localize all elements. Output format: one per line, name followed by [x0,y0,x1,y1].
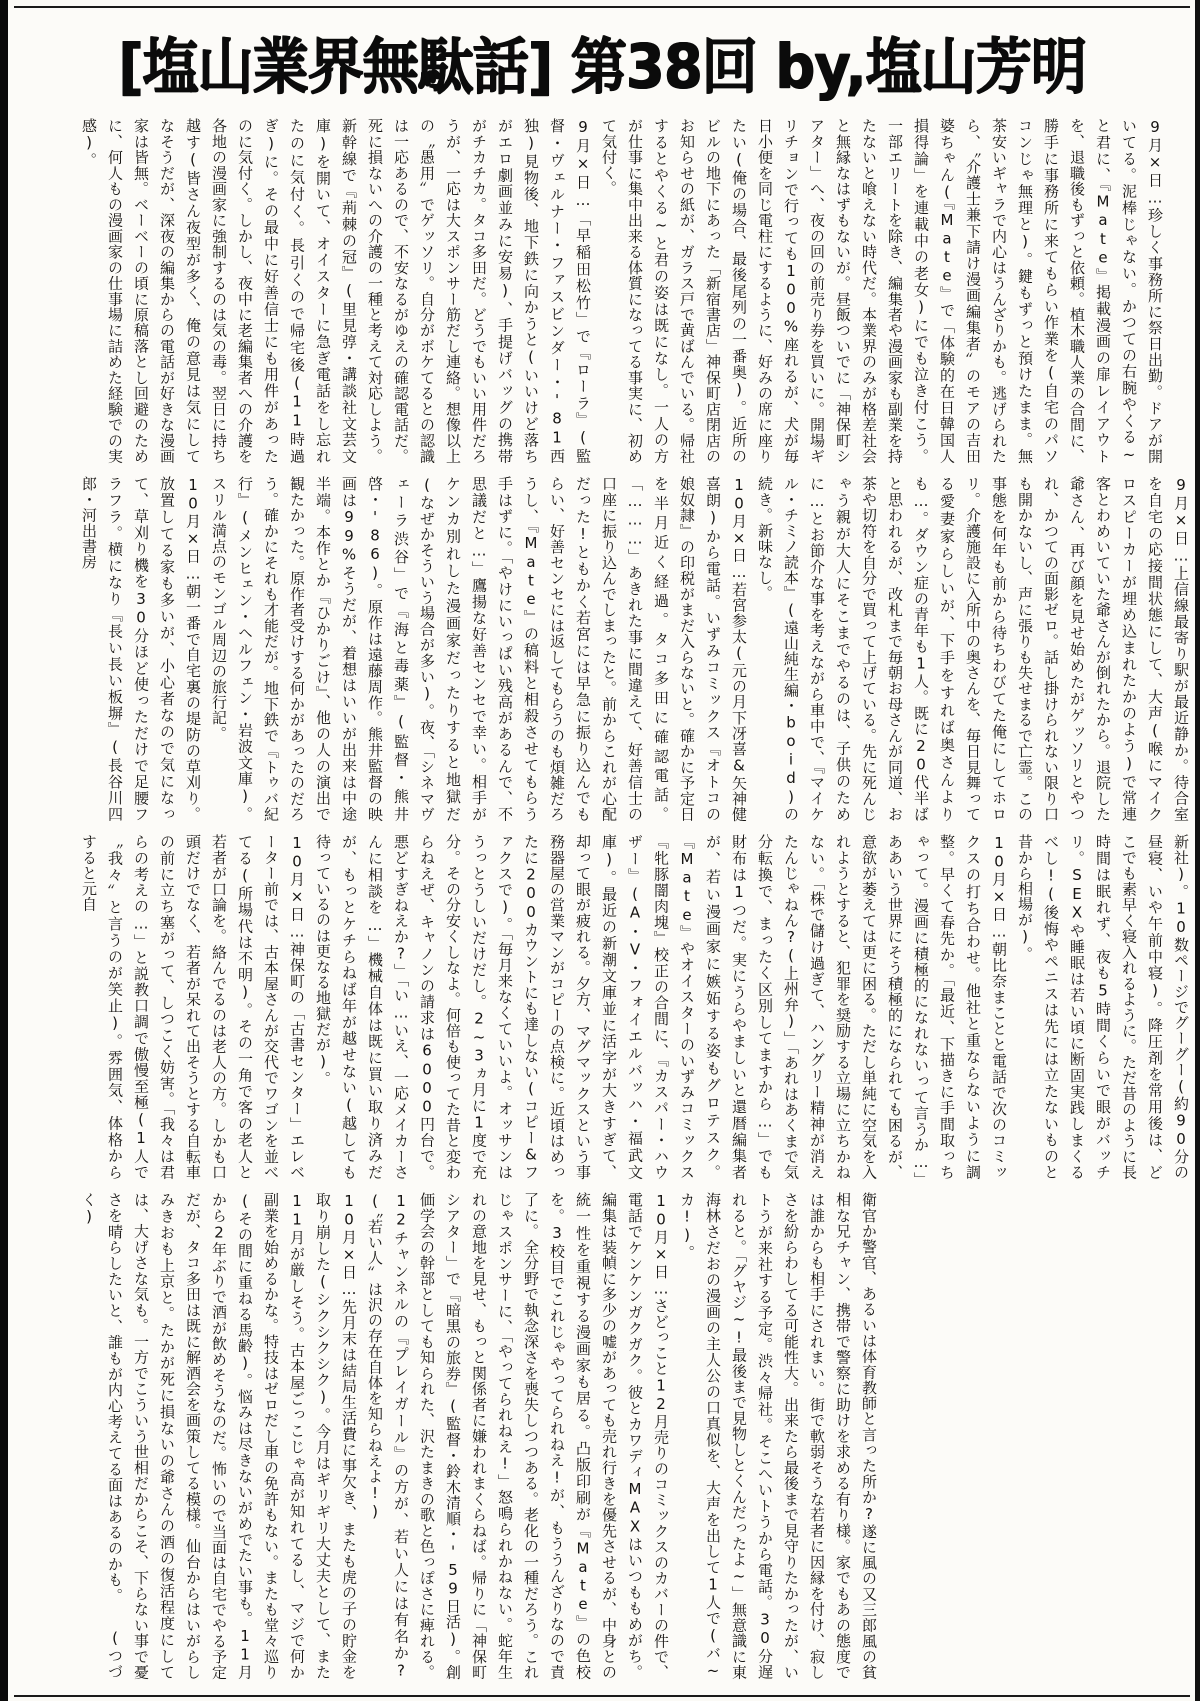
diary-entry: 新社)。10数ページでグーグー(約90分の昼寝、いや午前中寝)。降圧剤を常用後は… [1012,834,1194,1180]
diary-entry: 10月×日…先月末は結局生活費に事欠き、またも虎の子の貯金を取り崩した(シクシク… [76,1192,362,1680]
text-band-3: 新社)。10数ページでグーグー(約90分の昼寝、いや午前中寝)。降圧剤を常用後は… [76,834,1194,1180]
diary-entry: 10月×日…さどっこと12月売りのコミックスのカバーの件で、電話でケンケンガクガ… [362,1192,674,1680]
scan-edge-left [0,0,8,1701]
page-title: [塩山業界無駄話] 第38回 by,塩山芳明 [48,34,1155,101]
diary-entry-text: 10月×日…先月末は結局生活費に事欠き、またも虎の子の貯金を取り崩した(シクシク… [106,1192,358,1680]
text-band-1: 9月×日…珍しく事務所に祭日出勤。ドアが開いてる。泥棒じゃない。かつての右腕やく… [76,118,1168,464]
magazine-page: [塩山業界無駄話] 第38回 by,塩山芳明 9月×日…珍しく事務所に祭日出勤。… [8,8,1195,1695]
diary-entry: 10月×日…神保町の「古書センター」エレベーター前では、古本屋さんが交代でワゴン… [76,834,310,1180]
diary-entry: 9月×日…「早稲田松竹」で『ローラ』(監督・ヴェルナー・ファスビンダー・'81西… [76,118,596,464]
diary-entry: 9月×日…珍しく事務所に祭日出勤。ドアが開いてる。泥棒じゃない。かつての右腕やく… [596,118,1168,464]
diary-entry: 10月×日…朝比奈まことと電話で次のコミックスの打ち合わせ。他社と重ならないよう… [310,834,1012,1180]
scan-edge-right [1195,0,1200,1701]
diary-entry: 9月×日…上信線最寄り駅が最近静か。待合室を自宅の応接間状態にして、大声(喉にマ… [752,476,1194,822]
diary-entry: 衛官か警官、あるいは体育教師と言った所か?遂に風の又三郎風の貧相な兄チャン、携帯… [674,1192,882,1680]
text-band-4: 衛官か警官、あるいは体育教師と言った所か?遂に風の又三郎風の貧相な兄チャン、携帯… [76,1192,882,1680]
text-band-2: 9月×日…上信線最寄り駅が最近静か。待合室を自宅の応接間状態にして、大声(喉にマ… [76,476,1194,822]
diary-entry: 10月×日…若宮参太(元の月下冴喜&矢神健喜朗)から電話。いずみコミックス『オト… [206,476,752,822]
page-border-bottom [14,1695,1190,1697]
diary-entry: 10月×日…朝一番で自宅裏の堤防の草刈り。放置してる家も多いが、小心者なので気に… [76,476,206,822]
